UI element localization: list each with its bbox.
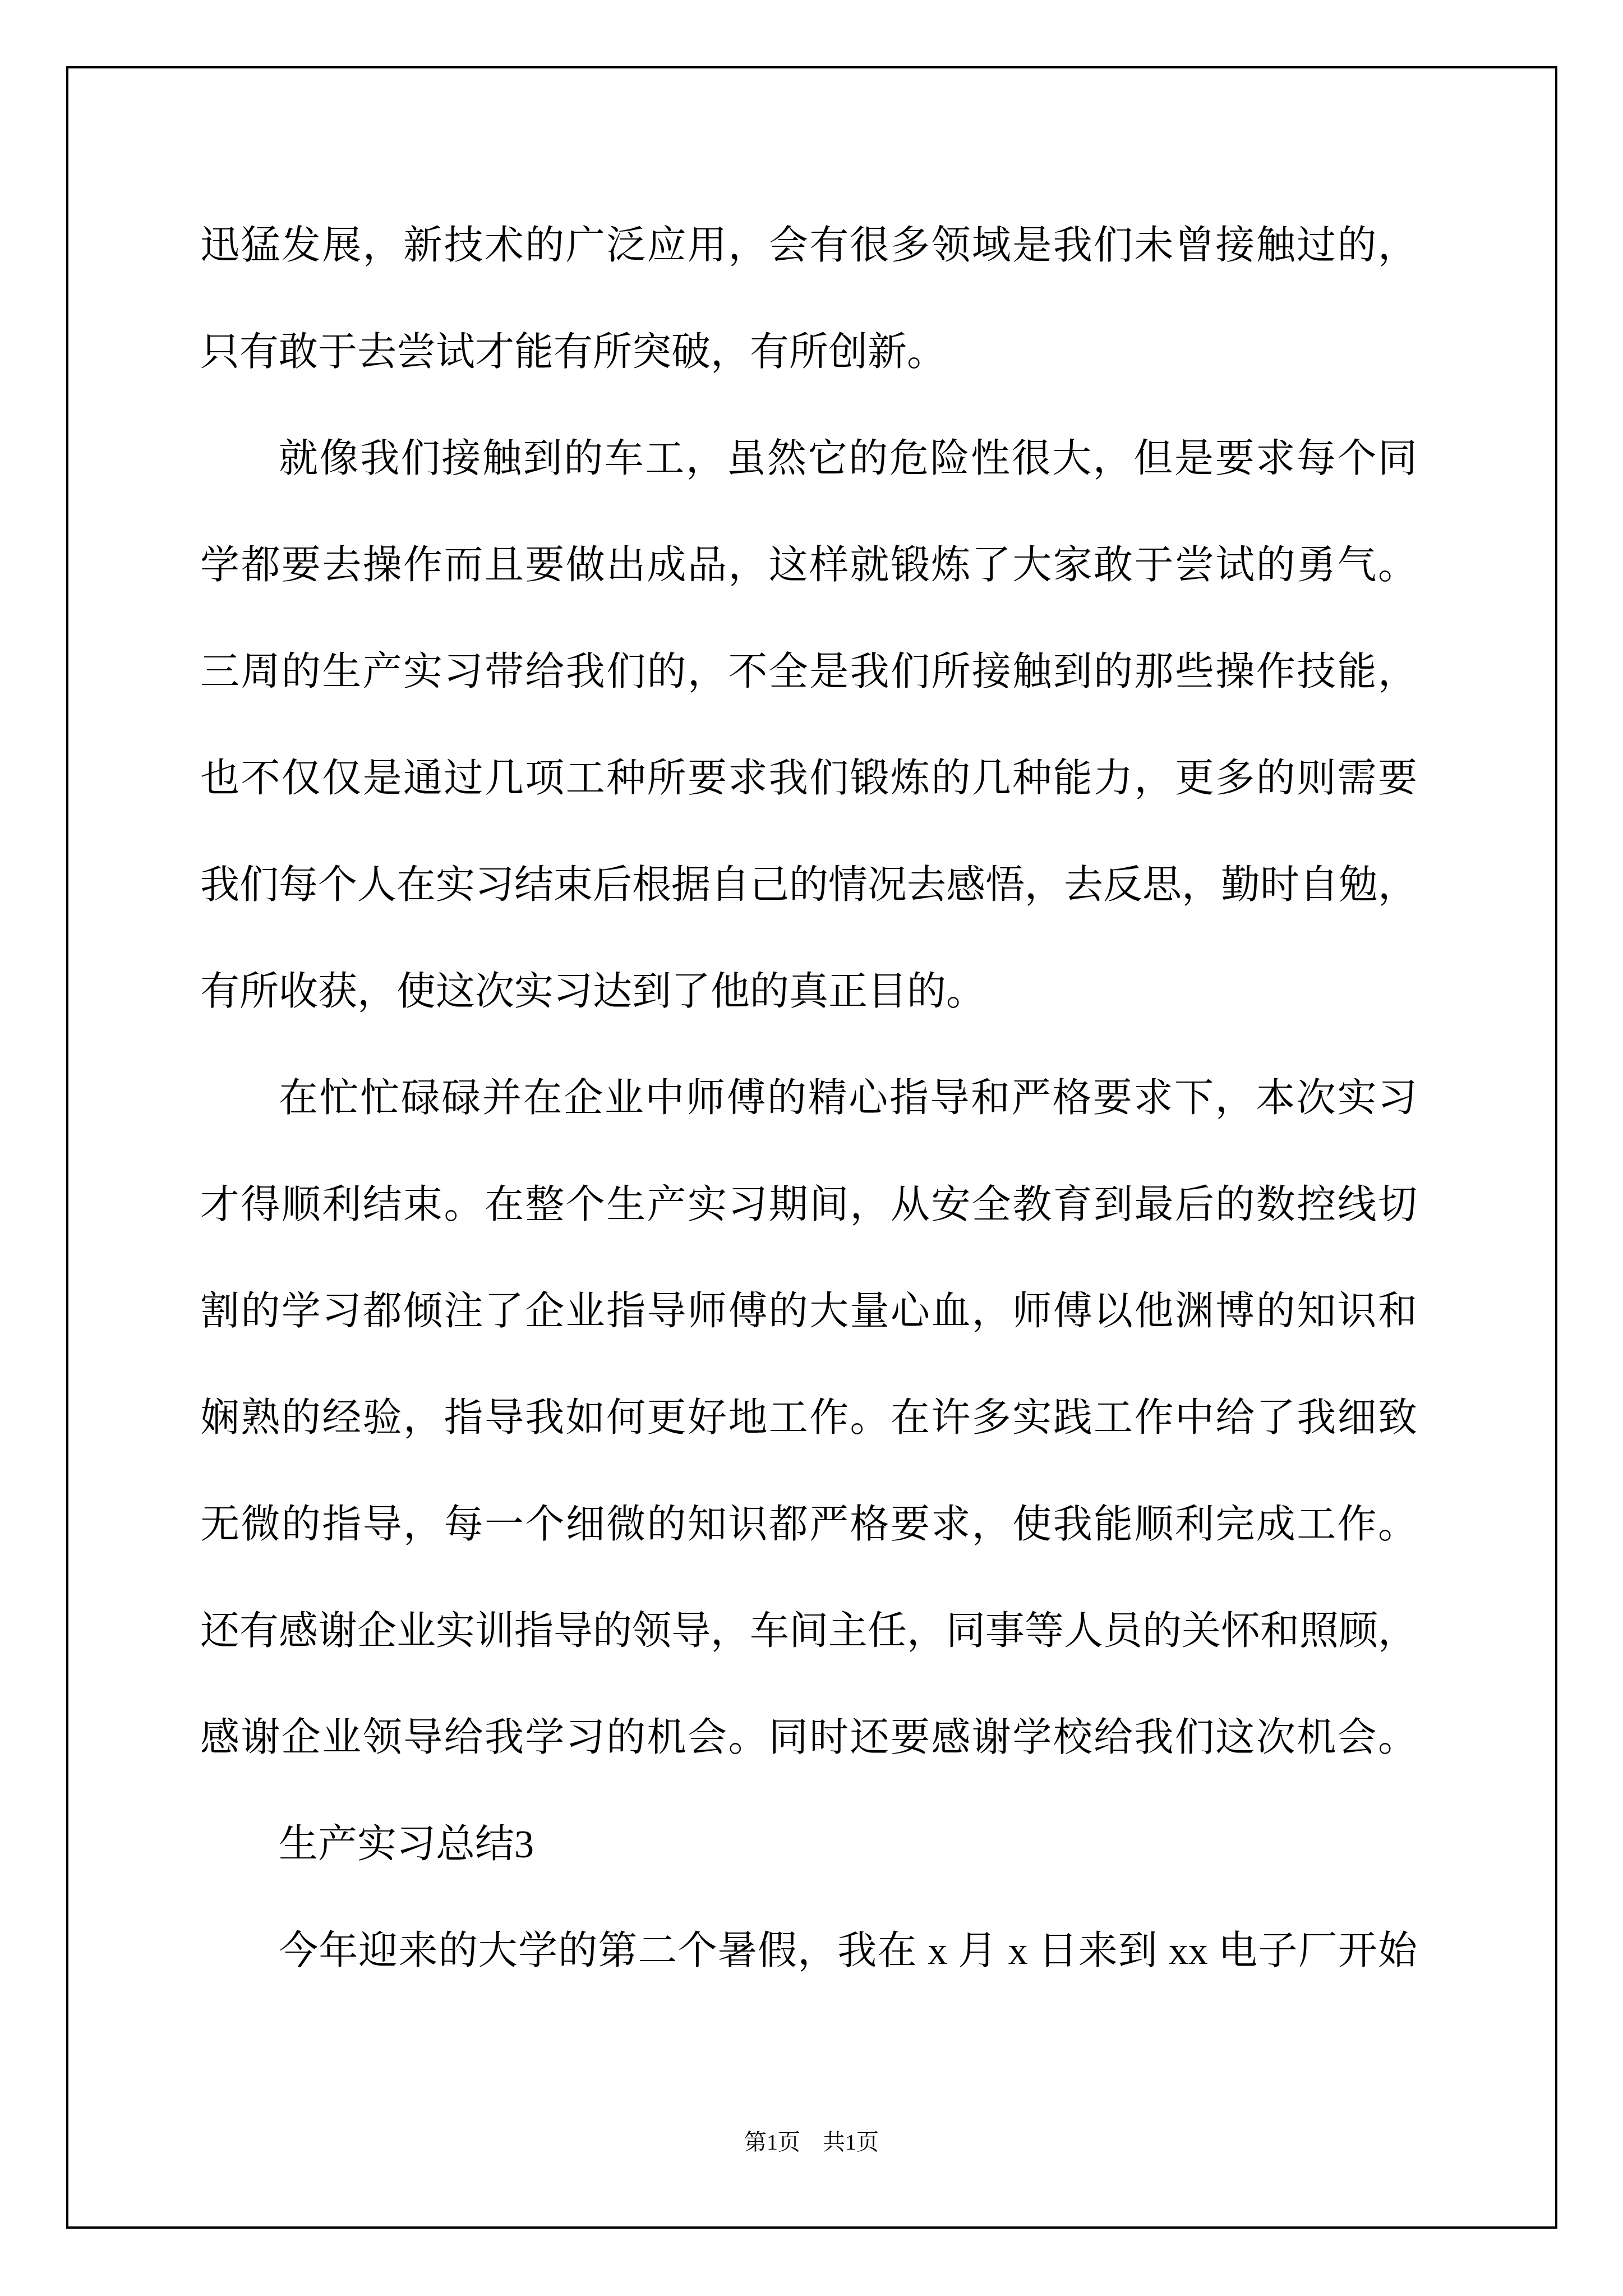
- section-heading-line: 生产实习总结3: [200, 1792, 1417, 1898]
- text-line: 割的学习都倾注了企业指导师傅的大量心血，师傅以他渊博的知识和: [200, 1259, 1417, 1365]
- text-line: 三周的生产实习带给我们的，不全是我们所接触到的那些操作技能，: [200, 619, 1417, 726]
- text-line: 才得顺利结束。在整个生产实习期间，从安全教育到最后的数控线切: [200, 1152, 1417, 1259]
- text-line: 娴熟的经验，指导我如何更好地工作。在许多实践工作中给了我细致: [200, 1365, 1417, 1472]
- text-line: 就像我们接触到的车工，虽然它的危险性很大，但是要求每个同: [200, 406, 1417, 513]
- text-line: 还有感谢企业实训指导的领导，车间主任，同事等人员的关怀和照顾，: [200, 1579, 1417, 1685]
- text-line: 在忙忙碌碌并在企业中师傅的精心指导和严格要求下，本次实习: [200, 1046, 1417, 1152]
- text-line: 有所收获，使这次实习达到了他的真正目的。: [200, 939, 1417, 1046]
- text-line: 感谢企业领导给我学习的机会。同时还要感谢学校给我们这次机会。: [200, 1685, 1417, 1792]
- text-line: 也不仅仅是通过几项工种所要求我们锻炼的几种能力，更多的则需要: [200, 726, 1417, 832]
- document-page: 迅猛发展，新技术的广泛应用，会有很多领域是我们未曾接触过的， 只有敢于去尝试才能…: [0, 0, 1623, 2296]
- page-footer: 第1页 共1页: [0, 2129, 1623, 2156]
- text-line: 学都要去操作而且要做出成品，这样就锻炼了大家敢于尝试的勇气。: [200, 513, 1417, 619]
- text-line: 无微的指导，每一个细微的知识都严格要求，使我能顺利完成工作。: [200, 1472, 1417, 1579]
- text-line: 我们每个人在实习结束后根据自己的情况去感悟，去反思，勤时自勉，: [200, 832, 1417, 939]
- text-line: 迅猛发展，新技术的广泛应用，会有很多领域是我们未曾接触过的，: [200, 193, 1417, 300]
- text-line: 只有敢于去尝试才能有所突破，有所创新。: [200, 300, 1417, 406]
- text-line: 今年迎来的大学的第二个暑假，我在 x 月 x 日来到 xx 电子厂开始: [200, 1898, 1417, 2005]
- page-body-text: 迅猛发展，新技术的广泛应用，会有很多领域是我们未曾接触过的， 只有敢于去尝试才能…: [200, 193, 1417, 2005]
